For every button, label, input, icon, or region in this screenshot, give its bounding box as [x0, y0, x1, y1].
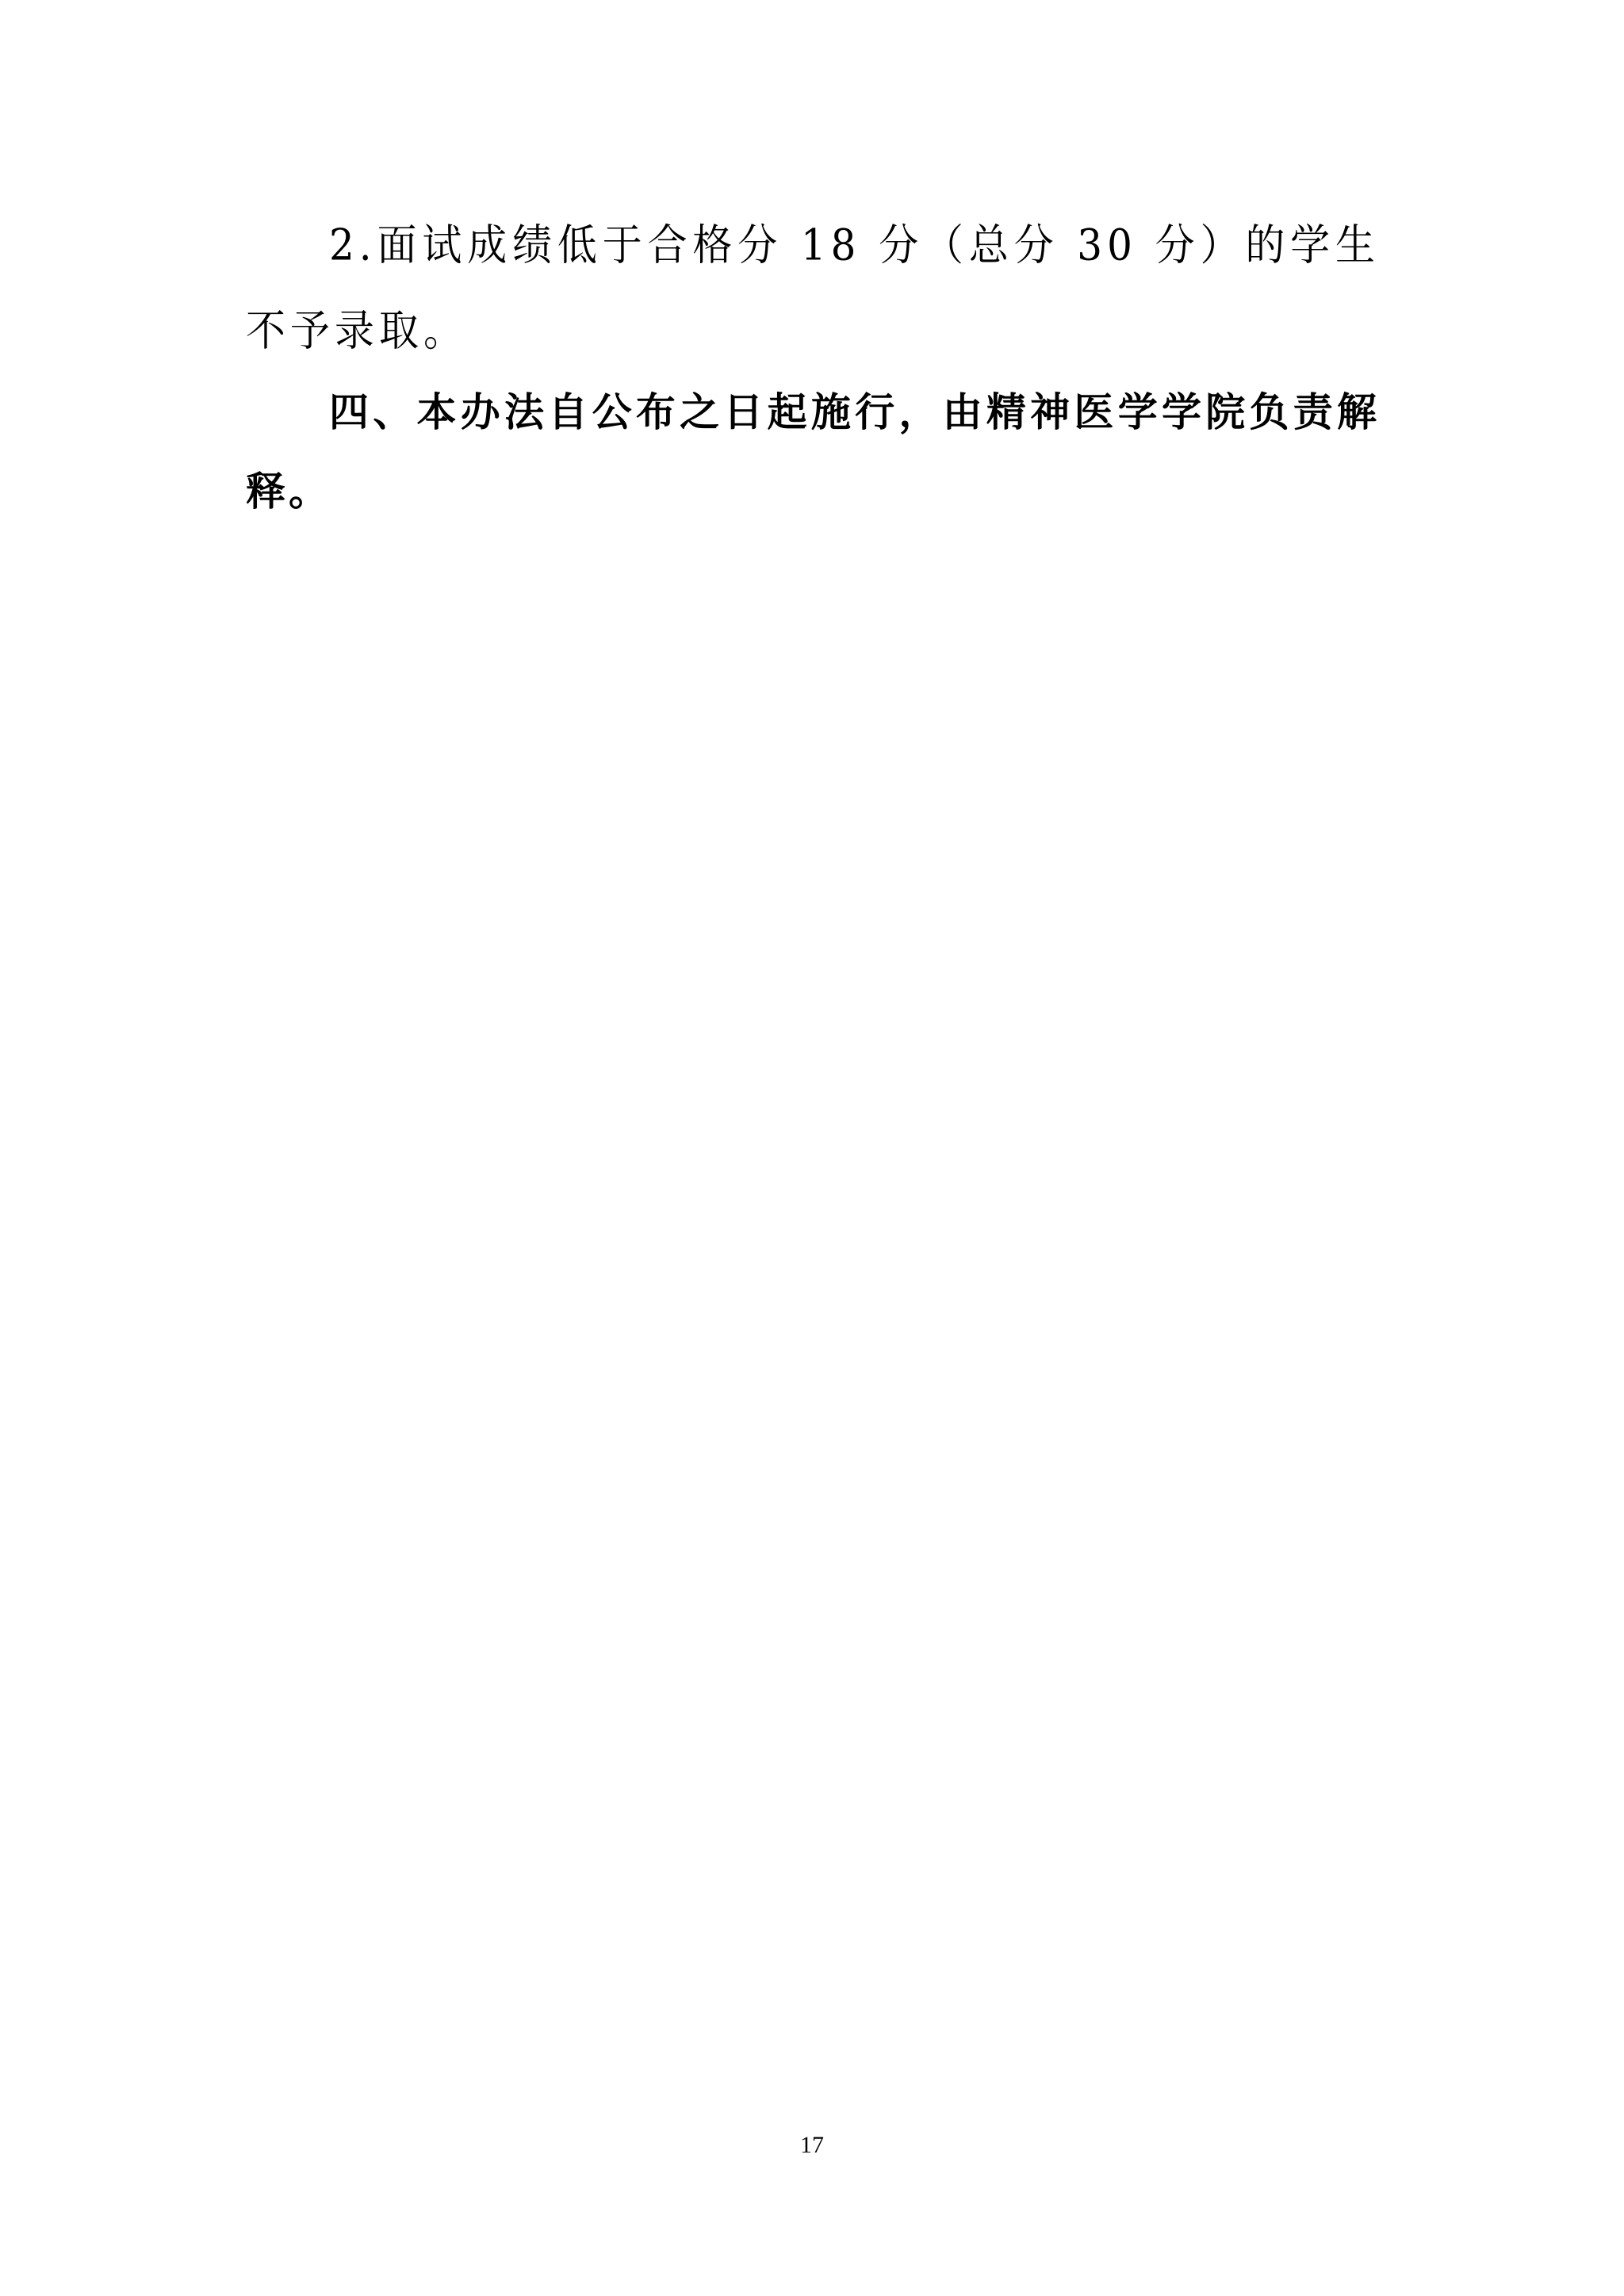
page-number: 17 [0, 2131, 1624, 2160]
paragraph-interview-score-rule: 2.面试成绩低于合格分 18 分（总分 30 分）的学生不予录取。 [246, 202, 1380, 373]
paragraph-effective-clause: 四、本办法自公布之日起施行，由精神医学学院负责解释。 [246, 373, 1380, 531]
document-page: 2.面试成绩低于合格分 18 分（总分 30 分）的学生不予录取。 四、本办法自… [0, 0, 1624, 2296]
